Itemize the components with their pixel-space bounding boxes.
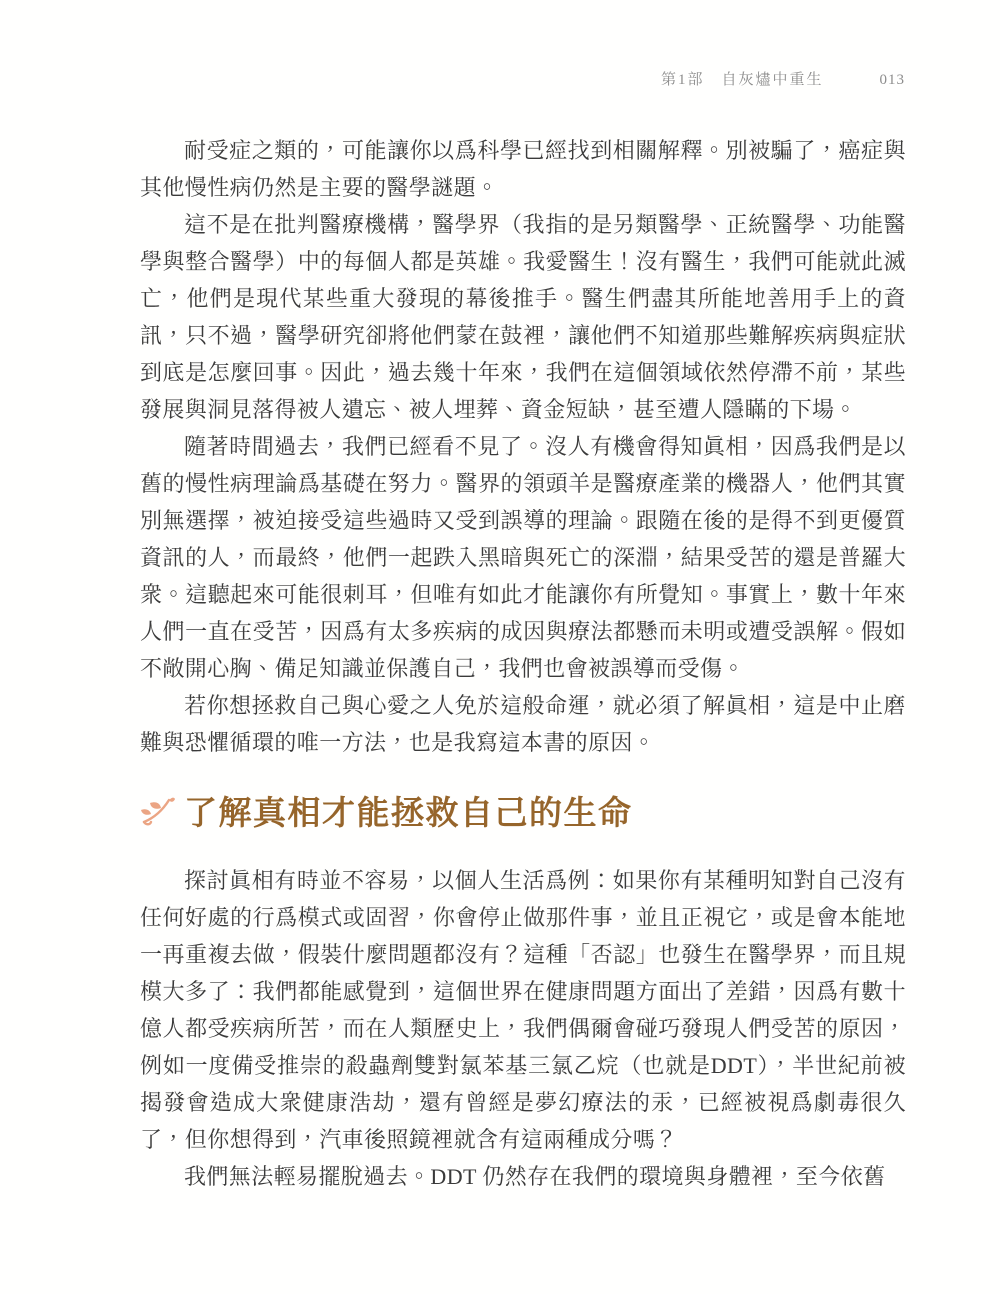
body-paragraph: 這不是在批判醫療機構，醫學界（我指的是另類醫學、正統醫學、功能醫學與整合醫學）中…	[140, 206, 906, 428]
sprout-icon	[136, 793, 176, 829]
section-heading: 了解真相才能拯救自己的生命	[136, 787, 906, 834]
page-number: 013	[880, 72, 906, 89]
body-paragraph: 若你想拯救自己與心愛之人免於這般命運，就必須了解眞相，這是中止磨難與恐懼循環的唯…	[140, 687, 906, 761]
running-header: 第1部 自灰燼中重生 013	[140, 68, 905, 89]
section-heading-label: 了解真相才能拯救自己的生命	[184, 787, 633, 834]
body-paragraph: 探討眞相有時並不容易，以個人生活爲例：如果你有某種明知對自己沒有任何好處的行爲模…	[140, 862, 906, 1158]
body-paragraph: 隨著時間過去，我們已經看不見了。沒人有機會得知眞相，因爲我們是以舊的慢性病理論爲…	[140, 428, 906, 687]
running-header-section: 第1部 自灰燼中重生	[661, 68, 824, 89]
book-page: 第1部 自灰燼中重生 013 耐受症之類的，可能讓你以爲科學已經找到相關解釋。別…	[0, 0, 1000, 1294]
body-paragraph: 耐受症之類的，可能讓你以爲科學已經找到相關解釋。別被騙了，癌症與其他慢性病仍然是…	[140, 132, 906, 206]
body-text-block: 耐受症之類的，可能讓你以爲科學已經找到相關解釋。別被騙了，癌症與其他慢性病仍然是…	[140, 132, 906, 1195]
body-paragraph: 我們無法輕易擺脫過去。DDT 仍然存在我們的環境與身體裡，至今依舊	[140, 1158, 906, 1195]
